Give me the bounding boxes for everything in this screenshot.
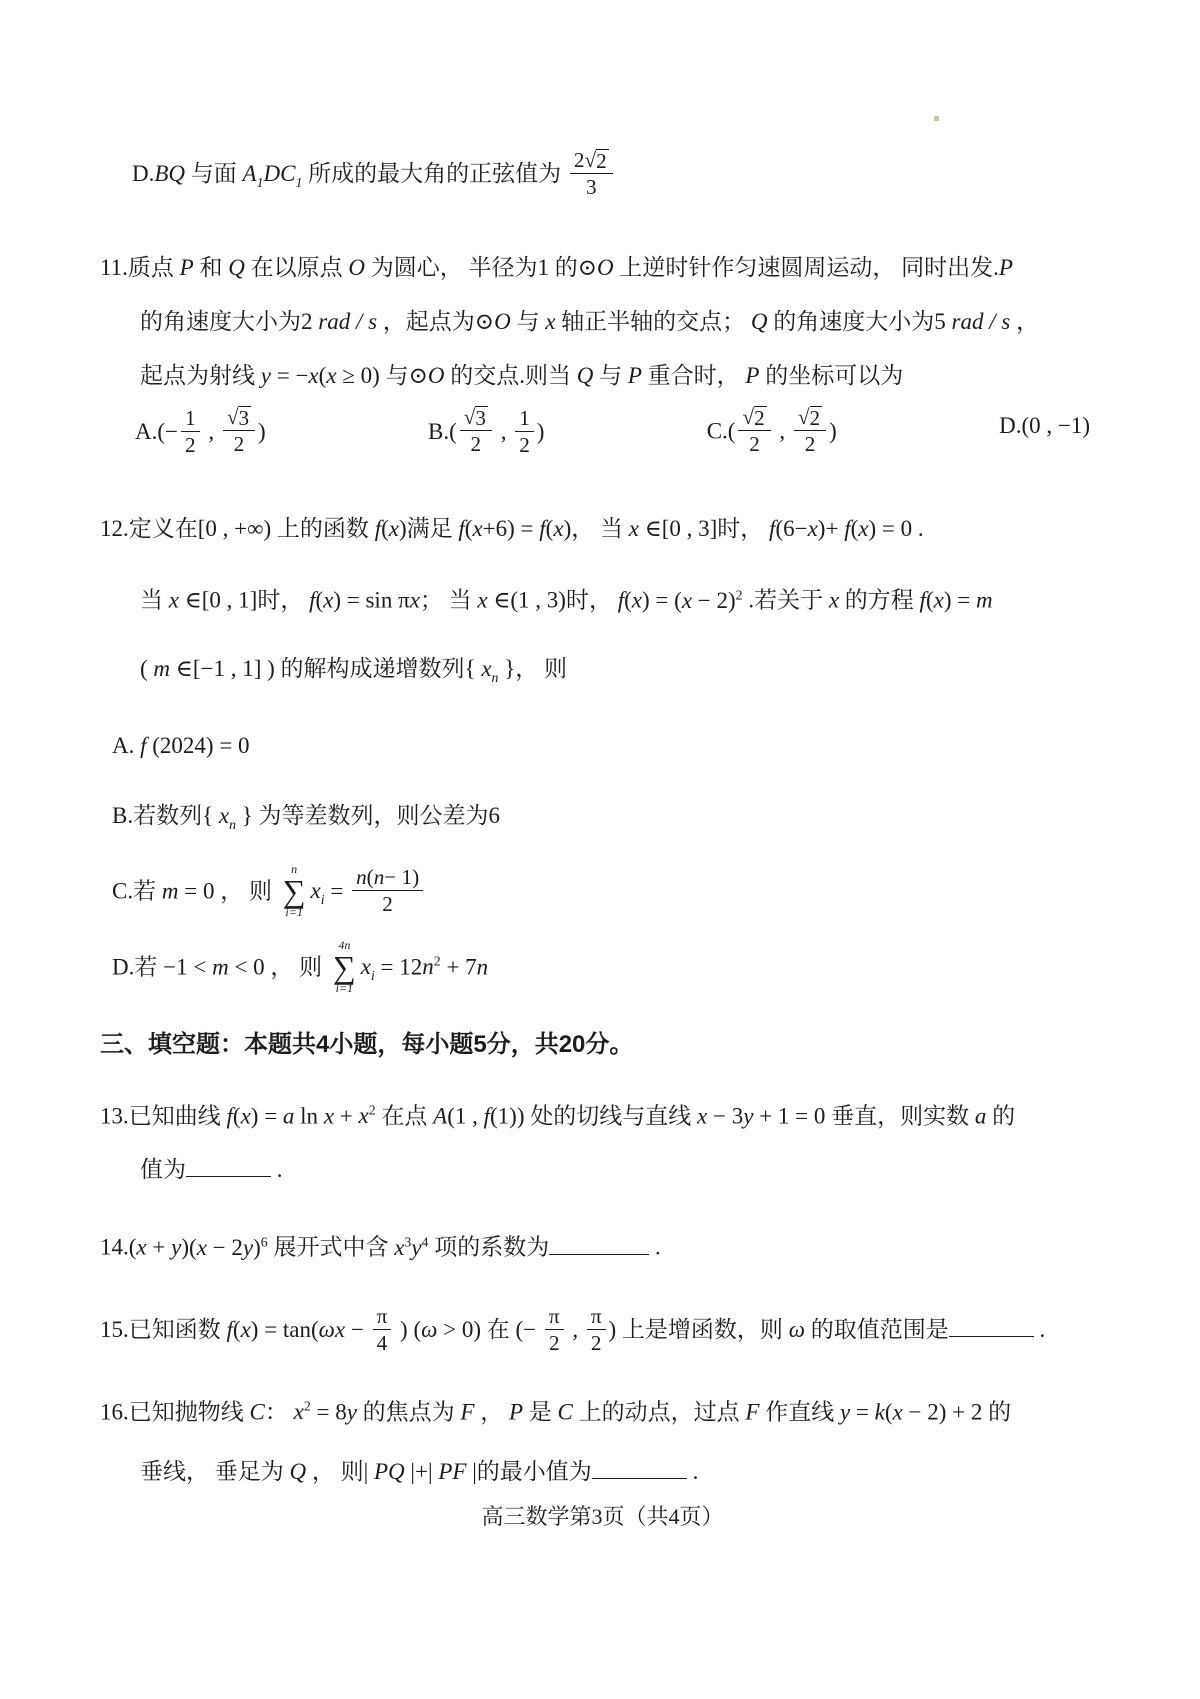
- question-12-option-a: A. f (2024) = 0: [100, 728, 1105, 764]
- question-16-line-1: 16.已知抛物线 C： x2 = 8y 的焦点为 F ， P 是 C 上的动点，…: [100, 1389, 1105, 1430]
- question-11-line-3: 起点为射线 y = −x(x ≥ 0) 与⊙O 的交点.则当 Q 与 P 重合时…: [100, 358, 1105, 394]
- question-10-option-d: D.BQ 与面 A1DC1 所成的最大角的正弦值为 2√23: [100, 150, 1105, 202]
- question-12-option-c: C.若 m = 0 ， 则 n∑i=1xi = n(n − 1)2: [100, 865, 1105, 921]
- question-12-line-3: ( m ∈[−1 , 1] ) 的解构成递增数列{ xn }， 则: [100, 651, 1105, 696]
- question-12-line-1: 12.定义在[0 , +∞) 上的函数 f(x)满足 f(x+6) = f(x)…: [100, 511, 1105, 547]
- question-11-option-c: C.(√22 , √22): [707, 408, 837, 460]
- question-13-line-1: 13.已知曲线 f(x) = a ln x + x2 在点 A(1 , f(1)…: [100, 1093, 1105, 1134]
- question-11-option-d: D.(0 , −1): [999, 408, 1090, 460]
- question-11-option-a: A.(−12 , √32): [135, 408, 266, 460]
- question-11-line-1: 11.质点 P 和 Q 在以原点 O 为圆心， 半径为1 的⊙O 上逆时针作匀速…: [100, 250, 1105, 286]
- question-11-option-b: B.(√32 , 12): [428, 408, 544, 460]
- question-16-line-2: 垂线， 垂足为 Q ， 则| PQ |+| PF |的最小值为 .: [100, 1454, 1105, 1490]
- question-12-option-d: D.若 −1 < m < 0 ， 则 4n∑i=1xi = 12n2 + 7n: [100, 941, 1105, 997]
- question-12-line-2: 当 x ∈[0 , 1]时， f(x) = sin πx； 当 x ∈(1 , …: [100, 577, 1105, 618]
- page-footer: 高三数学第3页（共4页）: [100, 1500, 1105, 1531]
- question-13-line-2: 值为 .: [100, 1152, 1105, 1188]
- question-11-options-row: A.(−12 , √32) B.(√32 , 12) C.(√22 , √22)…: [100, 408, 1105, 460]
- scan-artifact-dot: [934, 116, 939, 121]
- question-11-line-2: 的角速度大小为2 rad / s ，起点为⊙O 与 x 轴正半轴的交点； Q 的…: [100, 304, 1105, 340]
- section-3-header: 三、填空题：本题共4小题，每小题5分，共20分。: [100, 1027, 1105, 1063]
- exam-page: D.BQ 与面 A1DC1 所成的最大角的正弦值为 2√23 11.质点 P 和…: [0, 0, 1200, 1699]
- question-15-line: 15.已知函数 f(x) = tan(ωx − π4 ) (ω > 0) 在 (…: [100, 1306, 1105, 1358]
- question-14-line: 14.(x + y)(x − 2y)6 展开式中含 x3y4 项的系数为 .: [100, 1224, 1105, 1265]
- question-12-option-b: B.若数列{ xn } 为等差数列，则公差为6: [100, 798, 1105, 843]
